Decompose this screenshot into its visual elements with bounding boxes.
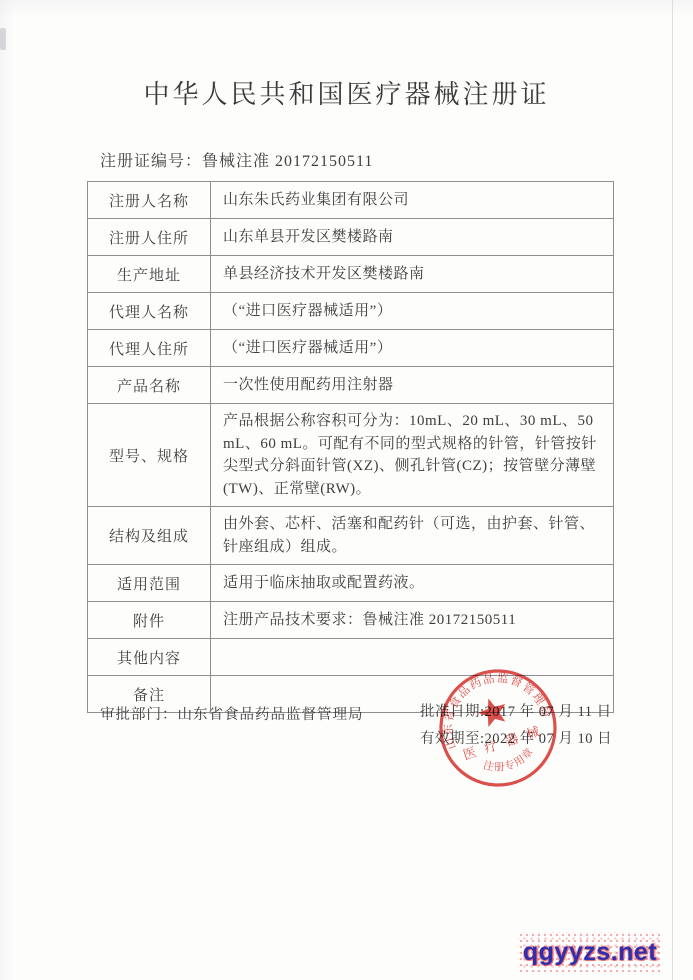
row-value-cell: 注册产品技术要求：鲁械注准 20172150511 <box>211 602 614 639</box>
row-value-cell: 单县经济技术开发区樊楼路南 <box>211 256 614 293</box>
row-label-cell: 适用范围 <box>88 565 211 602</box>
row-value-cell: 一次性使用配药用注射器 <box>211 367 614 404</box>
row-label-cell: 其他内容 <box>88 639 211 676</box>
row-label-cell: 产品名称 <box>88 367 211 404</box>
approval-department: 审批部门：山东省食品药品监督管理局 <box>100 703 364 724</box>
table-row: 结构及组成 由外套、芯杆、活塞和配药针（可选，由护套、针管、针座组成）组成。 <box>88 507 614 565</box>
watermark-badge: qgyyzs.net <box>518 932 662 972</box>
row-label-cell: 附件 <box>88 602 211 639</box>
row-label-cell: 注册人名称 <box>88 182 211 219</box>
table-row: 注册人住所 山东单县开发区樊楼路南 <box>88 219 614 256</box>
row-label-cell: 生产地址 <box>88 256 211 293</box>
table-row: 生产地址 单县经济技术开发区樊楼路南 <box>88 256 614 293</box>
row-label-cell: 代理人名称 <box>88 293 211 330</box>
table-row: 型号、规格 产品根据公称容积可分为：10mL、20 mL、30 mL、50 mL… <box>88 404 614 507</box>
row-value-cell: （“进口医疗器械适用”） <box>211 330 614 367</box>
scan-page-edge-line <box>672 0 673 980</box>
registration-number-value: 鲁械注准 20172150511 <box>202 153 373 170</box>
registration-number-line: 注册证编号：鲁械注准 20172150511 <box>100 148 373 171</box>
row-label-cell: 代理人住所 <box>88 330 211 367</box>
star-icon <box>475 694 511 729</box>
table-row: 代理人住所 （“进口医疗器械适用”） <box>88 330 614 367</box>
table-row: 注册人名称 山东朱氏药业集团有限公司 <box>88 182 614 219</box>
row-label-cell: 型号、规格 <box>88 404 211 507</box>
registration-number-label: 注册证编号： <box>100 153 202 170</box>
row-value-cell: 由外套、芯杆、活塞和配药针（可选，由护套、针管、针座组成）组成。 <box>211 507 614 565</box>
row-value-cell: 山东朱氏药业集团有限公司 <box>211 182 614 219</box>
row-value-cell: 山东单县开发区樊楼路南 <box>211 219 614 256</box>
scan-smudge <box>0 28 6 50</box>
row-label-cell: 注册人住所 <box>88 219 211 256</box>
table-row: 适用范围 适用于临床抽取或配置药液。 <box>88 565 614 602</box>
row-label-cell: 结构及组成 <box>88 507 211 565</box>
certificate-page: 中华人民共和国医疗器械注册证 注册证编号：鲁械注准 20172150511 注册… <box>0 0 693 980</box>
watermark-text: qgyyzs.net <box>523 938 657 967</box>
row-value-cell: （“进口医疗器械适用”） <box>211 293 614 330</box>
row-value-cell: 产品根据公称容积可分为：10mL、20 mL、30 mL、50 mL、60 mL… <box>211 404 614 507</box>
page-title: 中华人民共和国医疗器械注册证 <box>0 74 693 111</box>
row-value-cell: 适用于临床抽取或配置药液。 <box>211 565 614 602</box>
table-row: 产品名称 一次性使用配药用注射器 <box>88 367 614 404</box>
table-row: 代理人名称 （“进口医疗器械适用”） <box>88 293 614 330</box>
